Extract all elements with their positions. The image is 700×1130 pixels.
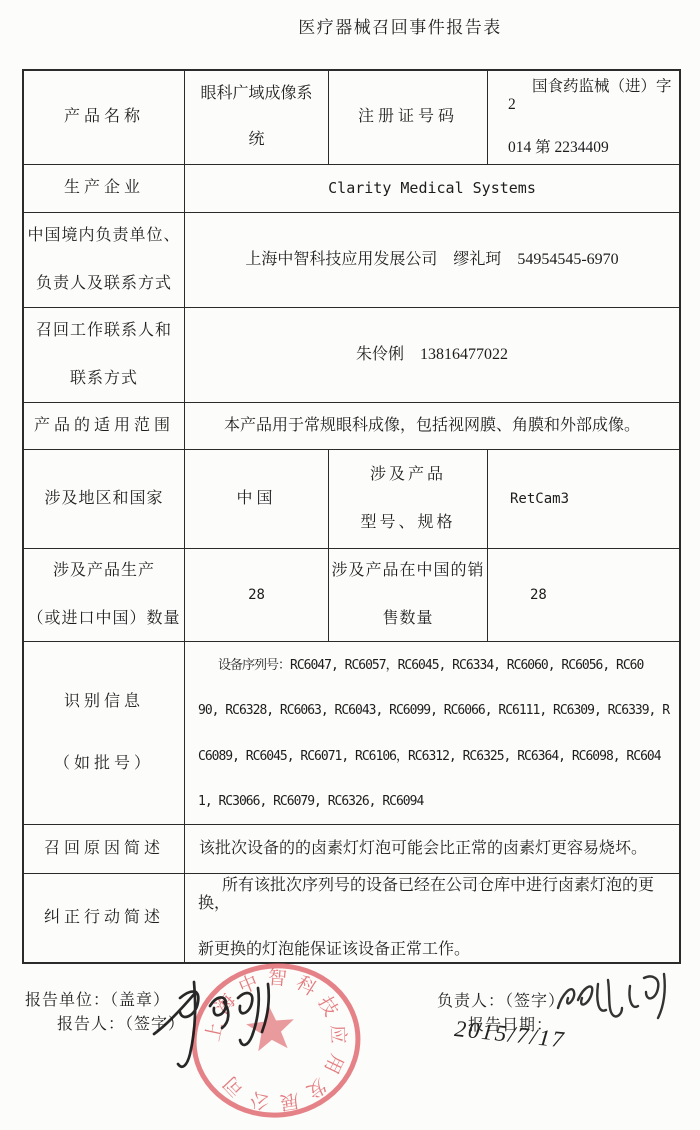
label-china-agent: 中国境内负责单位、负责人及联系方式 bbox=[24, 213, 185, 307]
label-recall-reason: 召回原因简述 bbox=[24, 825, 185, 873]
table-row: 产品名称 眼科广域成像系统 注册证号码 国食药监械（进）字 2014 第 223… bbox=[24, 71, 679, 165]
value-china-agent: 上海中智科技应用发展公司 缪礼珂 54954545-6970 bbox=[185, 213, 679, 307]
label-manufacturer: 生产企业 bbox=[24, 165, 185, 212]
label-product-name: 产品名称 bbox=[24, 71, 185, 164]
responsible-person-label: 负责人：（签字） bbox=[437, 988, 565, 1011]
table-row: 生产企业 Clarity Medical Systems bbox=[24, 165, 679, 213]
value-product-model: RetCam3 bbox=[488, 450, 679, 548]
table-row: 涉及地区和国家 中国 涉及产品型号、规格 RetCam3 bbox=[24, 450, 679, 549]
label-corrective-action: 纠正行动简述 bbox=[24, 874, 185, 962]
table-row: 召回原因简述 该批次设备的的卤素灯灯泡可能会比正常的卤素灯更容易烧坏。 bbox=[24, 825, 679, 874]
page-title: 医疗器械召回事件报告表 bbox=[50, 13, 700, 38]
table-row: 召回工作联系人和联系方式 朱伶俐 13816477022 bbox=[24, 308, 679, 403]
table-row: 产品的适用范围 本产品用于常规眼科成像，包括视网膜、角膜和外部成像。 bbox=[24, 403, 679, 450]
scanned-report-page: 医疗器械召回事件报告表 产品名称 眼科广域成像系统 注册证号码 国食药监械（进）… bbox=[0, 0, 700, 1130]
value-recall-contact: 朱伶俐 13816477022 bbox=[185, 308, 679, 402]
recall-report-table: 产品名称 眼科广域成像系统 注册证号码 国食药监械（进）字 2014 第 223… bbox=[22, 69, 681, 964]
label-recall-contact: 召回工作联系人和联系方式 bbox=[24, 308, 185, 402]
table-row: 涉及产品生产（或进口中国）数量 28 涉及产品在中国的销售数量 28 bbox=[24, 549, 679, 642]
label-product-model: 涉及产品型号、规格 bbox=[329, 450, 488, 548]
label-regions: 涉及地区和国家 bbox=[24, 450, 185, 548]
value-production-quantity: 28 bbox=[185, 549, 329, 641]
value-china-sales-quantity: 28 bbox=[488, 549, 679, 641]
table-row: 纠正行动简述 所有该批次序列号的设备已经在公司仓库中进行卤素灯泡的更换，新更换的… bbox=[24, 874, 679, 962]
table-row: 中国境内负责单位、负责人及联系方式 上海中智科技应用发展公司 缪礼珂 54954… bbox=[24, 213, 679, 308]
value-scope: 本产品用于常规眼科成像，包括视网膜、角膜和外部成像。 bbox=[185, 403, 679, 449]
value-regions: 中国 bbox=[185, 450, 329, 548]
table-row: 识别信息（如批号） 设备序列号：RC6047, RC6057，RC6045, R… bbox=[24, 642, 679, 825]
responsible-signature bbox=[552, 970, 677, 1032]
label-scope: 产品的适用范围 bbox=[24, 403, 185, 449]
label-china-sales-quantity: 涉及产品在中国的销售数量 bbox=[329, 549, 488, 641]
value-corrective-action: 所有该批次序列号的设备已经在公司仓库中进行卤素灯泡的更换，新更换的灯泡能保证该设… bbox=[185, 874, 679, 962]
label-identification: 识别信息（如批号） bbox=[24, 642, 185, 824]
label-production-quantity: 涉及产品生产（或进口中国）数量 bbox=[24, 549, 185, 641]
report-unit-label: 报告单位：（盖章） bbox=[25, 987, 170, 1010]
value-serial-numbers: 设备序列号：RC6047, RC6057，RC6045, RC6334, RC6… bbox=[185, 642, 679, 824]
value-manufacturer: Clarity Medical Systems bbox=[185, 165, 679, 212]
value-recall-reason: 该批次设备的的卤素灯灯泡可能会比正常的卤素灯更容易烧坏。 bbox=[185, 825, 679, 873]
label-registration-number: 注册证号码 bbox=[329, 71, 488, 164]
reporter-signature bbox=[150, 976, 295, 1076]
value-registration-number: 国食药监械（进）字 2014 第 2234409 bbox=[488, 71, 679, 164]
value-product-name: 眼科广域成像系统 bbox=[185, 71, 329, 164]
